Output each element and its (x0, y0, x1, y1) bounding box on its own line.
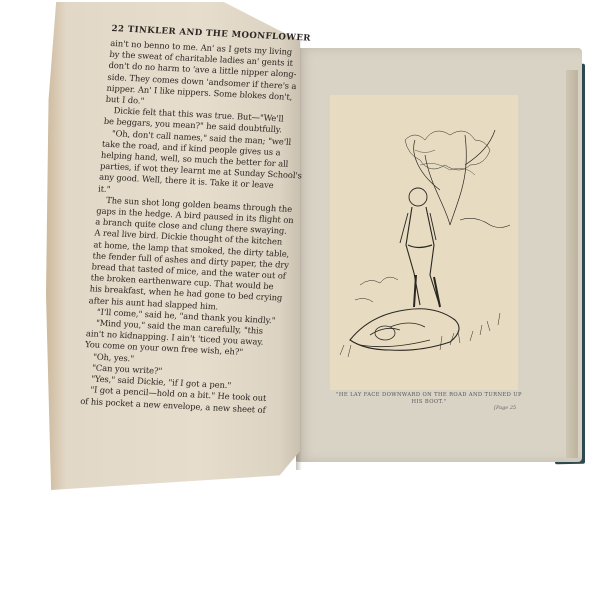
page-number: 22 (111, 24, 125, 35)
page-reference: [Page 25 (494, 405, 516, 411)
left-page-text: 22 TINKLER AND THE MOONFLOWER ain't no b… (80, 24, 297, 416)
open-book-photo: "HE LAY FACE DOWNWARD ON THE ROAD AND TU… (0, 0, 595, 595)
body-text: ain't no benno to me. An' as I gets my l… (80, 38, 296, 416)
illustration-drawing (330, 95, 518, 390)
right-page-edges (566, 70, 578, 458)
illustration-caption: "HE LAY FACE DOWNWARD ON THE ROAD AND TU… (334, 392, 524, 406)
